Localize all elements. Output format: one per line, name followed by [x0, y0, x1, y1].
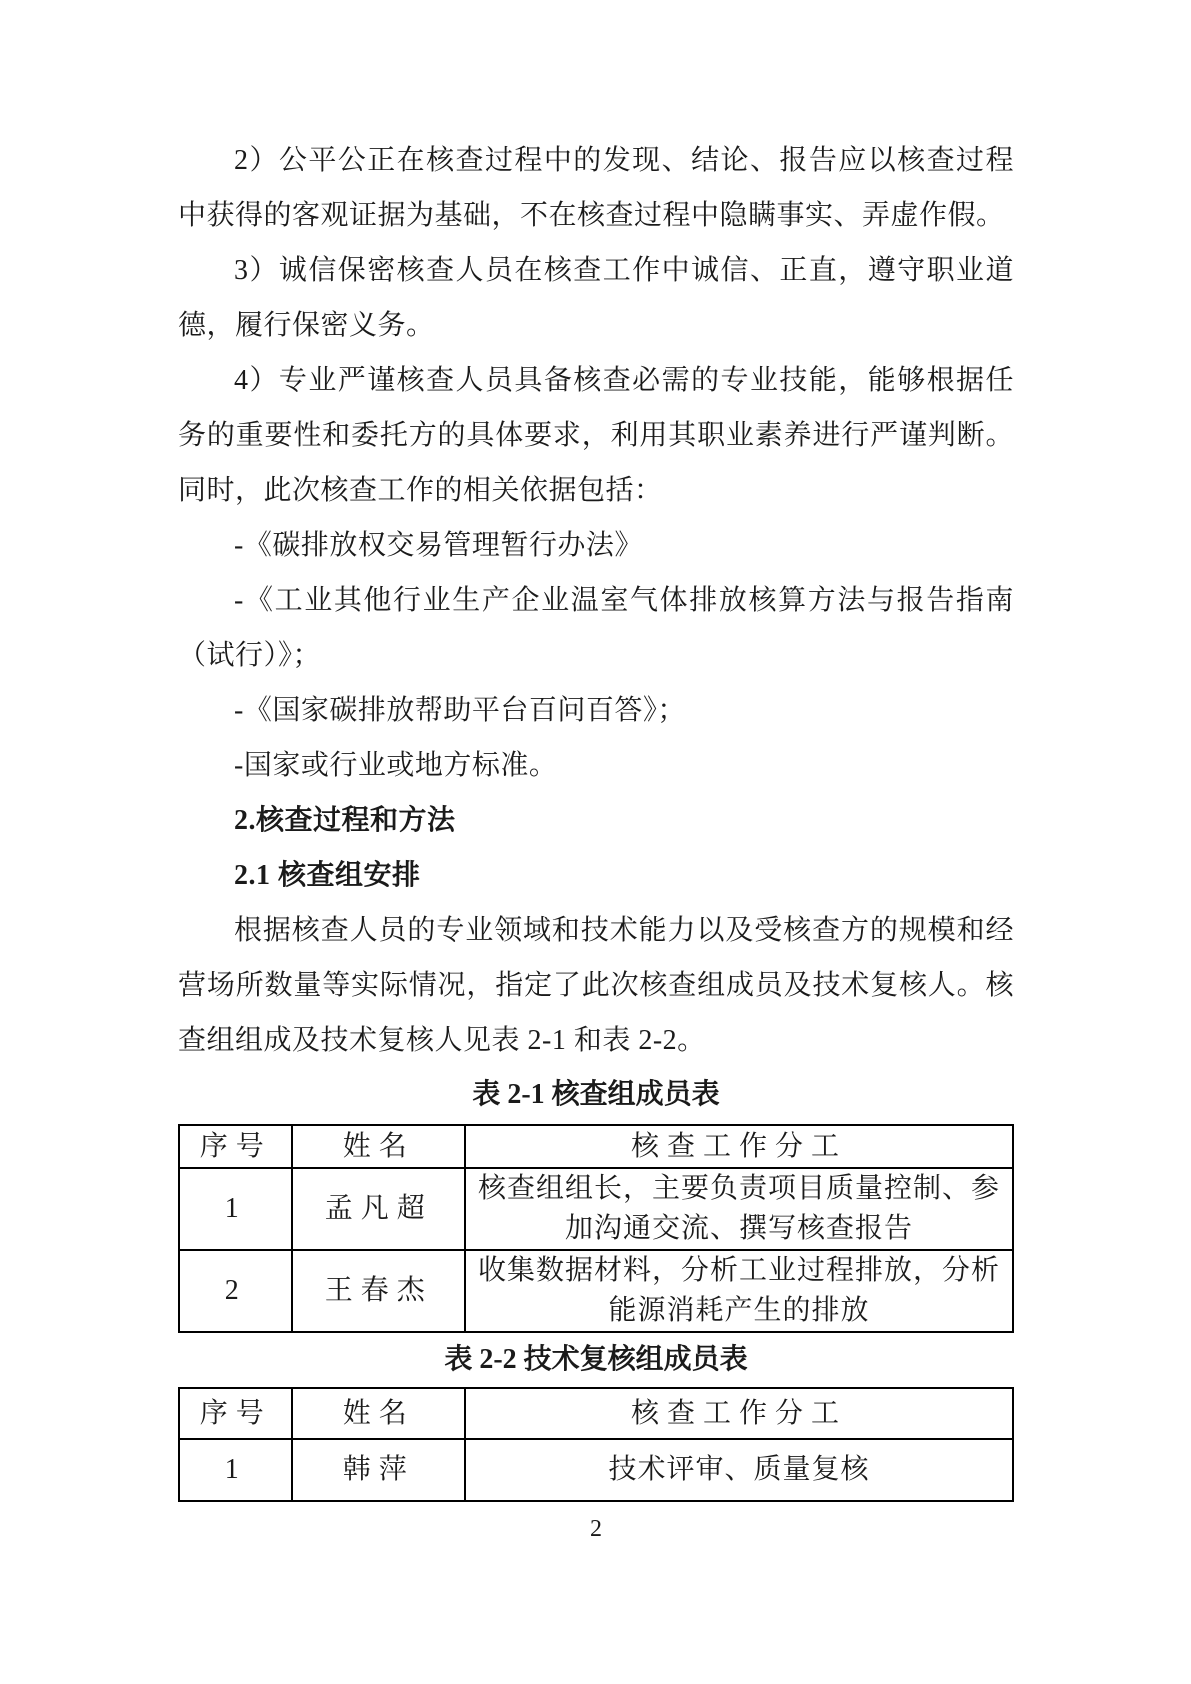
table-cell-role: 收集数据材料，分析工业过程排放，分析能源消耗产生的排放 [465, 1250, 1013, 1332]
paragraph-fairness: 2）公平公正在核查过程中的发现、结论、报告应以核查过程中获得的客观证据为基础，不… [178, 133, 1014, 243]
page-number: 2 [178, 1514, 1014, 1544]
section-heading-2: 2.核查过程和方法 [178, 793, 1014, 848]
table-cell-seq: 1 [179, 1168, 292, 1250]
table-2-2-caption: 表 2-2 技术复核组成员表 [178, 1333, 1014, 1387]
table-row: 2 王春杰 收集数据材料，分析工业过程排放，分析能源消耗产生的排放 [179, 1250, 1013, 1332]
reference-item-1: -《碳排放权交易管理暂行办法》 [178, 518, 1014, 573]
column-header-seq: 序号 [179, 1388, 292, 1439]
section-heading-2-1: 2.1 核查组安排 [178, 848, 1014, 903]
paragraph-integrity-confidentiality: 3）诚信保密核查人员在核查工作中诚信、正直，遵守职业道德，履行保密义务。 [178, 243, 1014, 353]
reference-item-2: -《工业其他行业生产企业温室气体排放核算方法与报告指南（试行）》； [178, 573, 1014, 683]
table-row: 1 孟凡超 核查组组长，主要负责项目质量控制、参加沟通交流、撰写核查报告 [179, 1168, 1013, 1250]
column-header-name: 姓名 [292, 1388, 465, 1439]
table-2-1-caption: 表 2-1 核查组成员表 [178, 1068, 1014, 1122]
table-header-row: 序号 姓名 核查工作分工 [179, 1125, 1013, 1168]
table-cell-seq: 2 [179, 1250, 292, 1332]
column-header-role: 核查工作分工 [465, 1388, 1013, 1439]
table-row: 1 韩萍 技术评审、质量复核 [179, 1439, 1013, 1501]
document-page: 2）公平公正在核查过程中的发现、结论、报告应以核查过程中获得的客观证据为基础，不… [0, 0, 1191, 1684]
column-header-seq: 序号 [179, 1125, 292, 1168]
table-header-row: 序号 姓名 核查工作分工 [179, 1388, 1013, 1439]
table-cell-name: 孟凡超 [292, 1168, 465, 1250]
table-cell-name: 王春杰 [292, 1250, 465, 1332]
table-cell-role: 核查组组长，主要负责项目质量控制、参加沟通交流、撰写核查报告 [465, 1168, 1013, 1250]
column-header-role: 核查工作分工 [465, 1125, 1013, 1168]
table-cell-seq: 1 [179, 1439, 292, 1501]
reference-item-4: -国家或行业或地方标准。 [178, 738, 1014, 793]
reference-item-3: -《国家碳排放帮助平台百问百答》； [178, 683, 1014, 738]
paragraph-team-arrangement: 根据核查人员的专业领域和技术能力以及受核查方的规模和经营场所数量等实际情况，指定… [178, 903, 1014, 1068]
paragraph-professional-rigor: 4）专业严谨核查人员具备核查必需的专业技能，能够根据任务的重要性和委托方的具体要… [178, 353, 1014, 518]
technical-review-team-table: 序号 姓名 核查工作分工 1 韩萍 技术评审、质量复核 [178, 1387, 1014, 1502]
table-cell-role: 技术评审、质量复核 [465, 1439, 1013, 1501]
verification-team-table: 序号 姓名 核查工作分工 1 孟凡超 核查组组长，主要负责项目质量控制、参加沟通… [178, 1124, 1014, 1333]
column-header-name: 姓名 [292, 1125, 465, 1168]
table-cell-name: 韩萍 [292, 1439, 465, 1501]
page-content: 2）公平公正在核查过程中的发现、结论、报告应以核查过程中获得的客观证据为基础，不… [178, 133, 1014, 1544]
